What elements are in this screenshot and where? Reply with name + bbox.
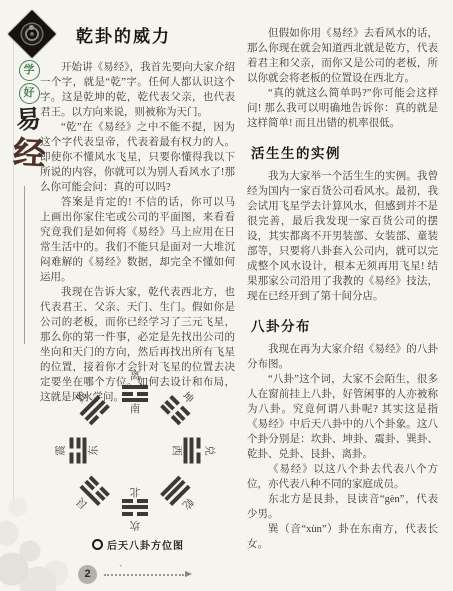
trigram-name: 坎 xyxy=(130,518,141,530)
paragraph: “乾”在《易经》之中不能不提，因为这个字代表皇帝，代表着最有权力的人。即使你不懂… xyxy=(40,120,235,195)
direction-label xyxy=(102,475,110,483)
stray-ink-mark: 、 xyxy=(119,556,128,569)
trigram-lines-icon xyxy=(122,385,148,402)
trigram-lines-icon xyxy=(184,438,201,464)
trigram-震: 震东 xyxy=(56,434,101,468)
left-column: 乾卦的威力 开始讲《易经》，我首先要向大家介绍一个字，就是“乾”字。任何人都认识… xyxy=(40,22,235,405)
trigram-离: 离南 xyxy=(118,371,152,416)
trigram-name: 震 xyxy=(56,445,68,456)
paragraph: 答案是肯定的! 不信的话，你可以马上画出你家住宅或公司的平面图，来看看究竟我们是… xyxy=(40,195,235,285)
direction-label xyxy=(159,475,167,483)
direction-label: 东 xyxy=(89,445,101,456)
section-bagua-text: 我现在再为大家介绍《易经》的八卦分布图。“八卦”这个词，大家不会陌生，很多人在窗… xyxy=(247,342,438,552)
trigram-name: 乾 xyxy=(179,495,195,511)
figure-caption: 后天八卦方位图 xyxy=(92,537,184,552)
section-heading-example: 活生生的实例 xyxy=(251,142,438,162)
coin-dot xyxy=(29,25,34,30)
trigram-lines-icon xyxy=(122,499,148,516)
leader-arrow-icon xyxy=(185,571,192,577)
paragraph: 我现在再为大家介绍《易经》的八卦分布图。 xyxy=(247,342,438,372)
trigram-lines-icon xyxy=(70,438,87,464)
trigram-乾: 乾 xyxy=(147,463,203,519)
paragraph: 但假如你用《易经》去看风水的话，那么你现在就会知道西北就是乾方，代表着君主和父亲… xyxy=(247,26,438,86)
caption-text: 后天八卦方位图 xyxy=(107,537,184,552)
calligraphy-stamp-xue: 学 xyxy=(19,60,40,81)
book-page: 学 好 易 经 乾卦的威力 开始讲《易经》，我首先要向大家介绍一个字，就是“乾”… xyxy=(0,0,453,591)
direction-label: 西 xyxy=(170,445,182,456)
direction-label xyxy=(102,418,110,426)
paragraph: 巽（音“xùn”）卦在东南方，代表长女。 xyxy=(247,522,438,552)
trigram-兑: 兑西 xyxy=(170,434,215,468)
sidebar-divider-line xyxy=(24,186,25,344)
paragraph: 我为大家举一个活生生的实例。我曾经为国内一家百货公司看风水。最初，我会试用飞星学… xyxy=(247,169,438,304)
trigram-坎: 坎北 xyxy=(118,485,152,530)
paragraph: “八卦”这个词，大家不会陌生，很多人在窗前挂上八卦，好管闲事的人亦被称为八卦。究… xyxy=(247,372,438,462)
trigram-name: 兑 xyxy=(203,445,215,456)
page-number-badge: 2 xyxy=(78,565,97,584)
right-intro-text: 但假如你用《易经》去看风水的话，那么你现在就会知道西北就是乾方，代表着君主和父亲… xyxy=(247,26,438,131)
direction-label: 南 xyxy=(130,404,141,416)
direction-label: 北 xyxy=(130,485,141,497)
trigram-坤: 坤 xyxy=(147,382,203,438)
calligraphy-stamp-hao: 好 xyxy=(19,83,40,104)
calligraphy-char-yi: 易 xyxy=(16,106,43,136)
page-title: 乾卦的威力 xyxy=(76,22,235,47)
trigram-name: 离 xyxy=(130,371,141,383)
paragraph: 东北方是艮卦，艮读音“gèn”，代表少男。 xyxy=(247,492,438,522)
paragraph: 开始讲《易经》，我首先要向大家介绍一个字，就是“乾”字。任何人都认识这个字。这是… xyxy=(40,60,235,120)
paragraph: “真的就这么简单吗?”你可能会这样问! 那么我可以明确地告诉你：真的就是这样简单… xyxy=(247,86,438,131)
right-column: 但假如你用《易经》去看风水的话，那么你现在就会知道西北就是乾方，代表着君主和父亲… xyxy=(247,20,438,552)
section-example-text: 我为大家举一个活生生的实例。我曾经为国内一家百货公司看风水。最初，我会试用飞星学… xyxy=(247,169,438,304)
left-column-text: 开始讲《易经》，我首先要向大家介绍一个字，就是“乾”字。任何人都认识这个字。这是… xyxy=(40,60,235,405)
section-heading-bagua: 八卦分布 xyxy=(251,315,438,335)
paragraph: 《易经》以这八个卦去代表八个方位，亦代表八种不同的家庭成员。 xyxy=(247,462,438,492)
direction-label xyxy=(159,418,167,426)
trigram-巽: 巽 xyxy=(67,382,123,438)
dotted-leader-line xyxy=(104,574,184,576)
